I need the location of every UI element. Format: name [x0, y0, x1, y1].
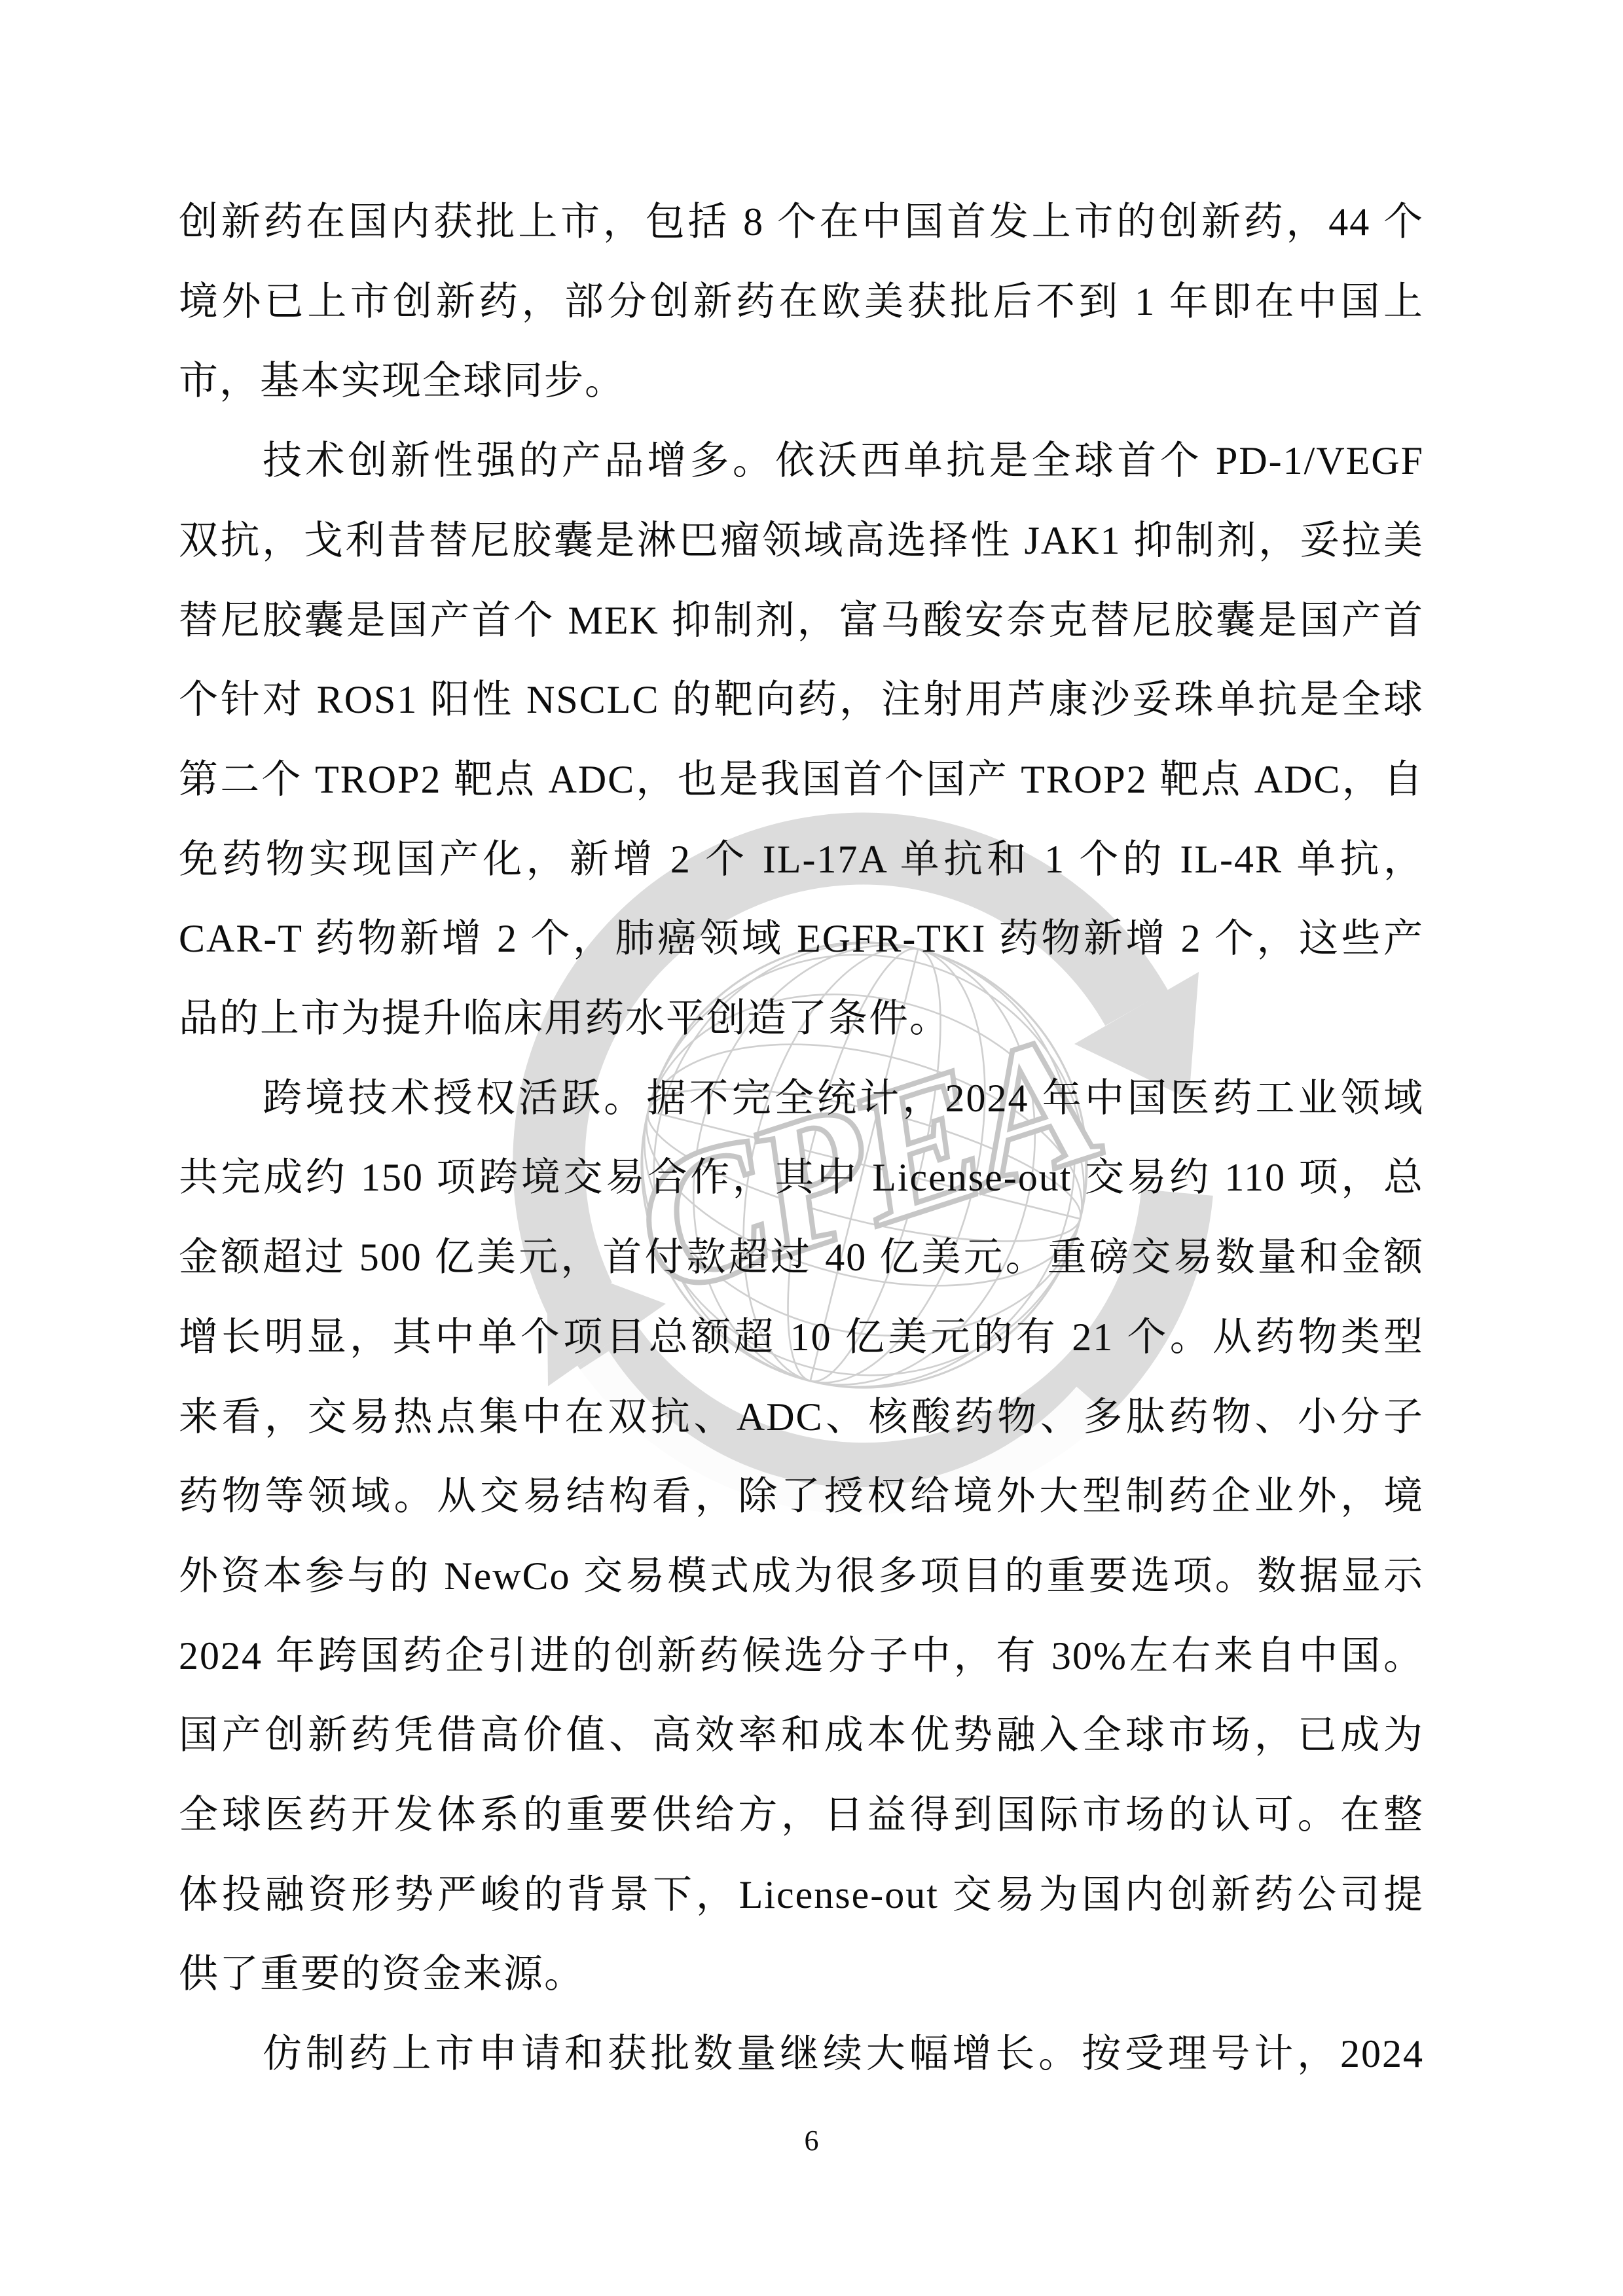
text-line: 供了重要的资金来源。 — [179, 1935, 1424, 2015]
text-line: 跨境技术授权活跃。据不完全统计，2024 年中国医药工业领域 — [179, 1059, 1424, 1139]
document-page: CPEA 创新药在国内获批上市，包括 8 个在中国首发上市的创新药，44 个 境… — [0, 0, 1623, 2296]
text-line: 增长明显，其中单个项目总额超 10 亿美元的有 21 个。从药物类型 — [179, 1298, 1424, 1378]
text-line: 来看，交易热点集中在双抗、ADC、核酸药物、多肽药物、小分子 — [179, 1378, 1424, 1458]
text-line: 第二个 TROP2 靶点 ADC，也是我国首个国产 TROP2 靶点 ADC，自 — [179, 740, 1424, 820]
text-line: 2024 年跨国药企引进的创新药候选分子中，有 30%左右来自中国。 — [179, 1617, 1424, 1696]
text-line: 境外已上市创新药，部分创新药在欧美获批后不到 1 年即在中国上 — [179, 262, 1424, 342]
text-line: 品的上市为提升临床用药水平创造了条件。 — [179, 979, 1424, 1059]
text-line: 金额超过 500 亿美元，首付款超过 40 亿美元。重磅交易数量和金额 — [179, 1218, 1424, 1298]
text-line: 创新药在国内获批上市，包括 8 个在中国首发上市的创新药，44 个 — [179, 183, 1424, 262]
body-text: 创新药在国内获批上市，包括 8 个在中国首发上市的创新药，44 个 境外已上市创… — [179, 183, 1424, 2094]
text-line: 药物等领域。从交易结构看，除了授权给境外大型制药企业外，境 — [179, 1457, 1424, 1537]
text-line: 技术创新性强的产品增多。依沃西单抗是全球首个 PD-1/VEGF — [179, 422, 1424, 501]
page-footer: 6 — [0, 2123, 1623, 2159]
text-line: CAR-T 药物新增 2 个，肺癌领域 EGFR-TKI 药物新增 2 个，这些… — [179, 899, 1424, 979]
text-line: 免药物实现国产化，新增 2 个 IL-17A 单抗和 1 个的 IL-4R 单抗… — [179, 820, 1424, 900]
text-line: 体投融资形势严峻的背景下，License-out 交易为国内创新药公司提 — [179, 1856, 1424, 1935]
text-line: 个针对 ROS1 阳性 NSCLC 的靶向药，注射用芦康沙妥珠单抗是全球 — [179, 660, 1424, 740]
text-line: 双抗，戈利昔替尼胶囊是淋巴瘤领域高选择性 JAK1 抑制剂，妥拉美 — [179, 501, 1424, 581]
text-line: 仿制药上市申请和获批数量继续大幅增长。按受理号计，2024 — [179, 2015, 1424, 2094]
text-line: 市，基本实现全球同步。 — [179, 342, 1424, 422]
text-line: 全球医药开发体系的重要供给方，日益得到国际市场的认可。在整 — [179, 1776, 1424, 1856]
page-number: 6 — [805, 2125, 819, 2157]
text-line: 共完成约 150 项跨境交易合作，其中 License-out 交易约 110 … — [179, 1138, 1424, 1218]
text-line: 替尼胶囊是国产首个 MEK 抑制剂，富马酸安奈克替尼胶囊是国产首 — [179, 581, 1424, 661]
text-line: 国产创新药凭借高价值、高效率和成本优势融入全球市场，已成为 — [179, 1696, 1424, 1776]
text-line: 外资本参与的 NewCo 交易模式成为很多项目的重要选项。数据显示 — [179, 1537, 1424, 1617]
